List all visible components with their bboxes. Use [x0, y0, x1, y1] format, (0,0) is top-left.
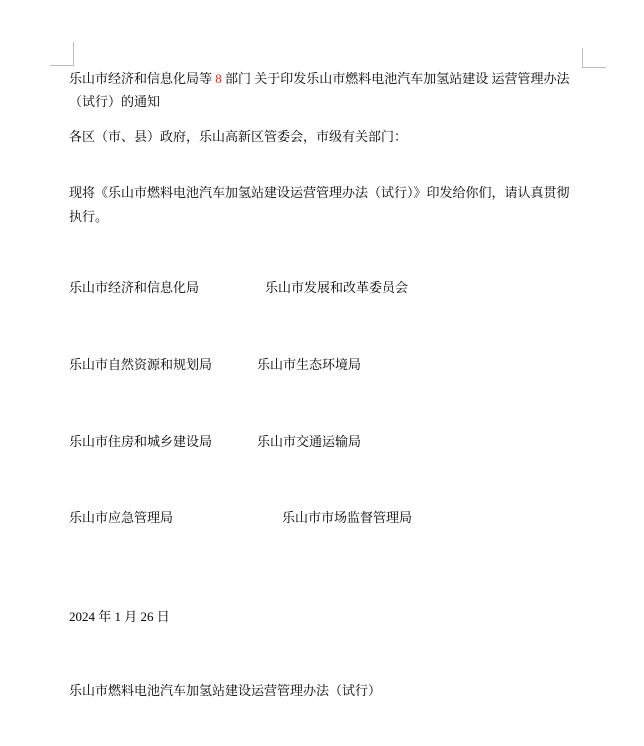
text-boundary-mark-top-left — [50, 42, 74, 66]
salutation-line: 各区（市、县）政府，乐山高新区管委会，市级有关部门： — [69, 125, 581, 148]
department-name-right: 乐山市生态环境局 — [257, 353, 361, 376]
department-name-right: 乐山市市场监督管理局 — [282, 506, 412, 529]
department-name-right: 乐山市发展和改革委员会 — [265, 276, 408, 299]
document-title: 乐山市经济和信息化局等 8 部门 关于印发乐山市燃料电池汽车加氢站建设 运营管理… — [69, 67, 581, 113]
body-paragraph: 现将《乐山市燃料电池汽车加氢站建设运营管理办法（试行）》印发给你们，请认真贯彻执… — [69, 181, 581, 229]
signature-row: 乐山市经济和信息化局 乐山市发展和改革委员会 — [69, 276, 581, 299]
signature-row: 乐山市住房和城乡建设局 乐山市交通运输局 — [69, 430, 581, 453]
department-name-right: 乐山市交通运输局 — [257, 430, 361, 453]
department-name-left: 乐山市应急管理局 — [69, 510, 173, 525]
text-boundary-mark-top-right — [582, 48, 606, 68]
attachment-title: 乐山市燃料电池汽车加氢站建设运营管理办法（试行） — [69, 679, 581, 702]
department-name-left: 乐山市经济和信息化局 — [69, 280, 199, 295]
signature-row: 乐山市自然资源和规划局 乐山市生态环境局 — [69, 353, 581, 376]
signature-row: 乐山市应急管理局 乐山市市场监督管理局 — [69, 506, 581, 529]
department-name-left: 乐山市住房和城乡建设局 — [69, 434, 212, 449]
document-page: 乐山市经济和信息化局等 8 部门 关于印发乐山市燃料电池汽车加氢站建设 运营管理… — [0, 0, 644, 746]
document-title-part1: 乐山市经济和信息化局等 — [69, 71, 215, 86]
department-name-left: 乐山市自然资源和规划局 — [69, 357, 212, 372]
document-date: 2024 年 1 月 26 日 — [69, 605, 581, 628]
